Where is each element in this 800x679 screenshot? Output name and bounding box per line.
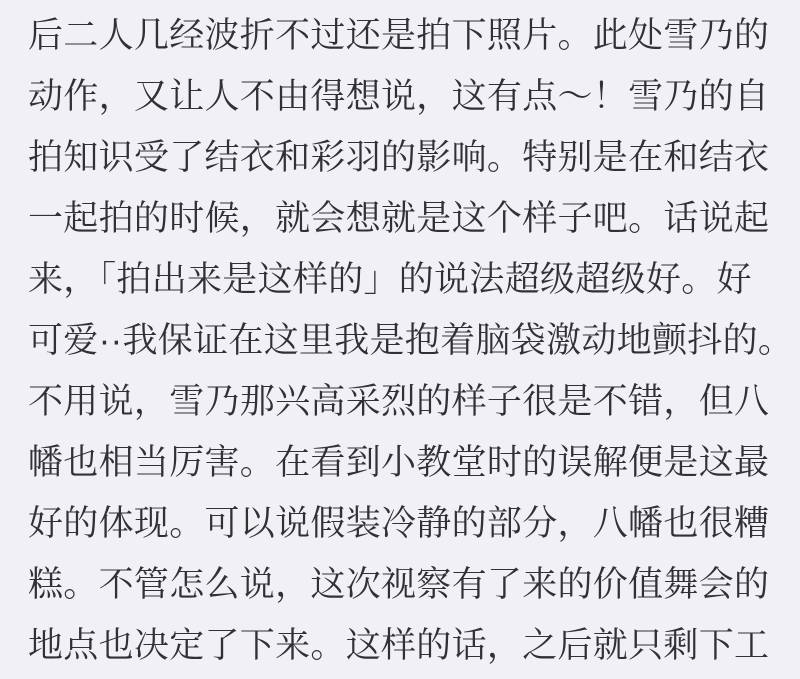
text-line: 动作，又让人不由得想说，这有点～！雪乃的自 — [28, 66, 772, 127]
text-line: 幡也相当厉害。在看到小教堂时的误解便是这最 — [28, 432, 772, 493]
text-line: 可爱··我保证在这里我是抱着脑袋激动地颤抖的。 — [28, 310, 772, 371]
text-line: 糕。不管怎么说，这次视察有了来的价值舞会的 — [28, 554, 772, 615]
text-line: 好的体现。可以说假装冷静的部分，八幡也很糟 — [28, 493, 772, 554]
text-line: 一起拍的时候，就会想就是这个样子吧。话说起 — [28, 188, 772, 249]
text-line: 不用说，雪乃那兴高采烈的样子很是不错，但八 — [28, 371, 772, 432]
text-line: 后二人几经波折不过还是拍下照片。此处雪乃的 — [28, 5, 772, 66]
text-line: 来，「拍出来是这样的」的说法超级超级好。好 — [28, 249, 772, 310]
text-line: 拍知识受了结衣和彩羽的影响。特别是在和结衣 — [28, 127, 772, 188]
reader-page: 后二人几经波折不过还是拍下照片。此处雪乃的 动作，又让人不由得想说，这有点～！雪… — [0, 0, 800, 679]
text-line: 地点也决定了下来。这样的话，之后就只剩下工 — [28, 615, 772, 676]
